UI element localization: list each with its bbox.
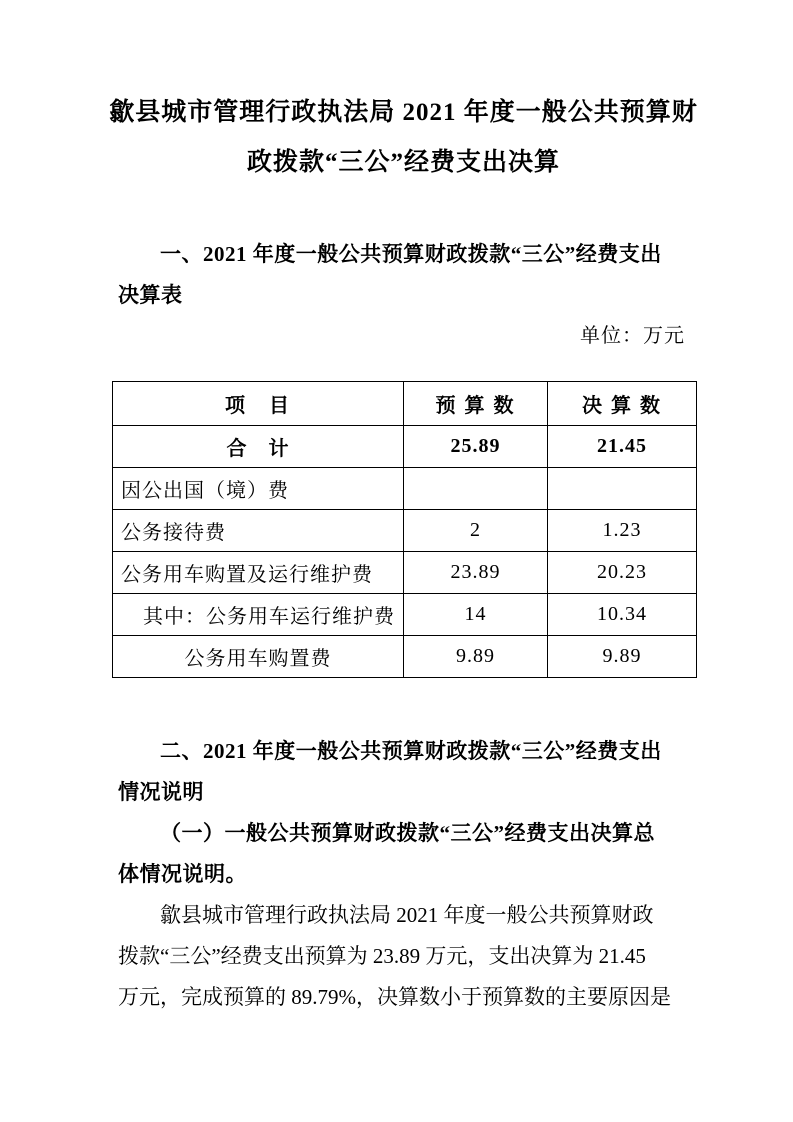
budget-value: 2 <box>404 510 548 552</box>
column-header-budget: 预 算 数 <box>404 382 548 426</box>
row-label: 公务用车购置及运行维护费 <box>113 552 404 594</box>
row-label: 合 计 <box>113 426 404 468</box>
row-label: 其中：公务用车运行维护费 <box>113 594 404 636</box>
row-label: 因公出国（境）费 <box>113 468 404 510</box>
document-page: 歙县城市管理行政执法局 2021 年度一般公共预算财 政拨款“三公”经费支出决算… <box>0 0 793 1122</box>
table-row-vehicle-total: 公务用车购置及运行维护费 23.89 20.23 <box>113 552 697 594</box>
final-value: 1.23 <box>548 510 697 552</box>
table-row-reception: 公务接待费 2 1.23 <box>113 510 697 552</box>
budget-value: 14 <box>404 594 548 636</box>
section-two-subheading-line-1: （一）一般公共预算财政拨款“三公”经费支出决算总 <box>118 813 689 854</box>
section-one-heading-line-1: 一、2021 年度一般公共预算财政拨款“三公”经费支出 <box>118 234 689 275</box>
budget-value <box>404 468 548 510</box>
final-value: 9.89 <box>548 636 697 678</box>
section-one-heading-line-2: 决算表 <box>118 275 689 316</box>
section-one: 一、2021 年度一般公共预算财政拨款“三公”经费支出 决算表 单位：万元 <box>118 234 689 357</box>
document-title-line-2: 政拨款“三公”经费支出决算 <box>104 138 703 188</box>
document-title: 歙县城市管理行政执法局 2021 年度一般公共预算财 政拨款“三公”经费支出决算 <box>104 88 703 188</box>
table-row-vehicle-purchase: 公务用车购置费 9.89 9.89 <box>113 636 697 678</box>
table-row-vehicle-operation: 其中：公务用车运行维护费 14 10.34 <box>113 594 697 636</box>
section-two-heading-line-2: 情况说明 <box>118 772 689 813</box>
budget-value: 23.89 <box>404 552 548 594</box>
final-value <box>548 468 697 510</box>
column-header-final: 决 算 数 <box>548 382 697 426</box>
budget-value: 9.89 <box>404 636 548 678</box>
final-value: 10.34 <box>548 594 697 636</box>
table-header-row: 项 目 预 算 数 决 算 数 <box>113 382 697 426</box>
paragraph-line-1: 歙县城市管理行政执法局 2021 年度一般公共预算财政 <box>118 895 689 936</box>
column-header-item: 项 目 <box>113 382 404 426</box>
unit-label: 单位：万元 <box>118 316 689 357</box>
section-two-heading-line-1: 二、2021 年度一般公共预算财政拨款“三公”经费支出 <box>118 731 689 772</box>
table-row-total: 合 计 25.89 21.45 <box>113 426 697 468</box>
final-value: 20.23 <box>548 552 697 594</box>
section-two-subheading-line-2: 体情况说明。 <box>118 854 689 895</box>
final-value: 21.45 <box>548 426 697 468</box>
table-row-abroad: 因公出国（境）费 <box>113 468 697 510</box>
section-two: 二、2021 年度一般公共预算财政拨款“三公”经费支出 情况说明 （一）一般公共… <box>118 731 689 1018</box>
document-title-line-1: 歙县城市管理行政执法局 2021 年度一般公共预算财 <box>104 88 703 138</box>
paragraph-line-3: 万元，完成预算的 89.79%，决算数小于预算数的主要原因是 <box>118 977 689 1018</box>
budget-value: 25.89 <box>404 426 548 468</box>
row-label: 公务接待费 <box>113 510 404 552</box>
row-label: 公务用车购置费 <box>113 636 404 678</box>
budget-table: 项 目 预 算 数 决 算 数 合 计 25.89 21.45 因公出国（境）费… <box>112 381 697 678</box>
paragraph-line-2: 拨款“三公”经费支出预算为 23.89 万元，支出决算为 21.45 <box>118 936 689 977</box>
